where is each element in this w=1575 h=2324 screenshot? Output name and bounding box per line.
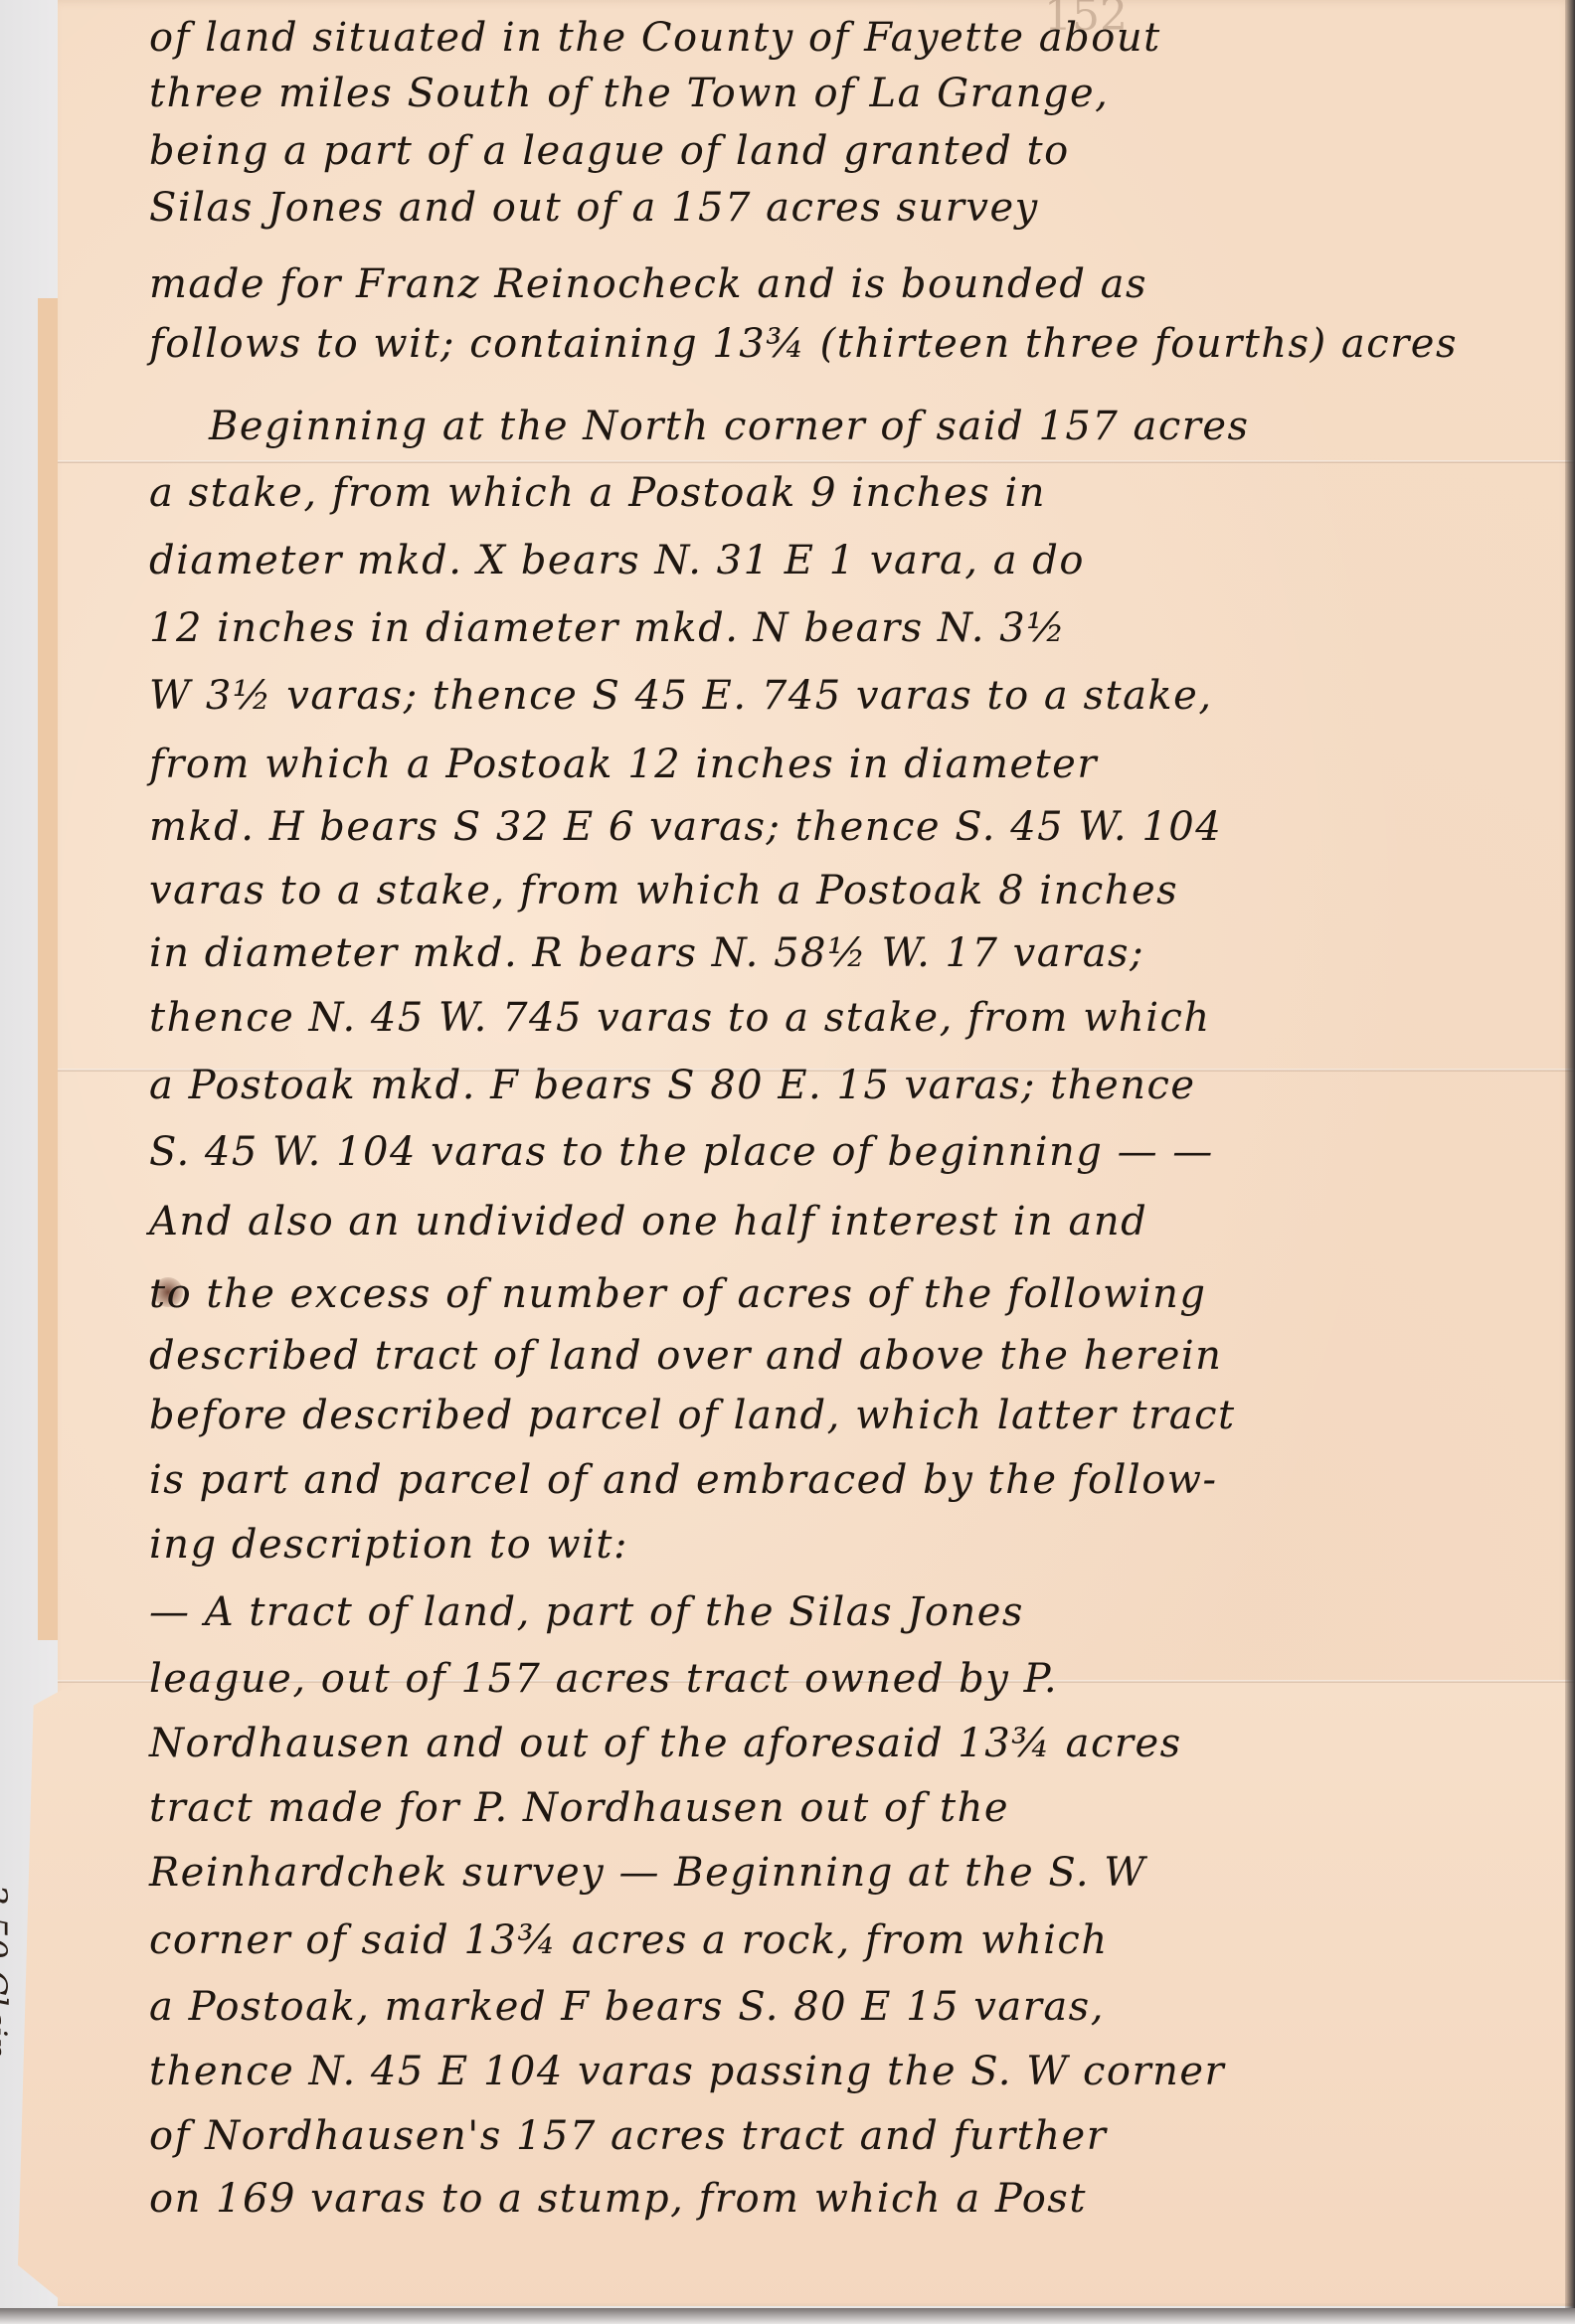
text-line: diameter mkd. X bears N. 31 E 1 vara, a … bbox=[149, 537, 1561, 584]
text-line: Reinhardchek survey — Beginning at the S… bbox=[149, 1849, 1561, 1897]
text-line: on 169 varas to a stump, from which a Po… bbox=[149, 2175, 1561, 2223]
text-line: Nordhausen and out of the aforesaid 13¾ … bbox=[149, 1720, 1561, 1767]
text-line: thence N. 45 W. 745 varas to a stake, fr… bbox=[149, 994, 1561, 1042]
text-line: Silas Jones and out of a 157 acres surve… bbox=[149, 184, 1561, 232]
text-line: in diameter mkd. R bears N. 58½ W. 17 va… bbox=[149, 929, 1561, 977]
text-line: three miles South of the Town of La Gran… bbox=[149, 70, 1561, 117]
text-line: league, out of 157 acres tract owned by … bbox=[149, 1655, 1561, 1703]
margin-note-vertical: 3 50 Clair bbox=[0, 1884, 14, 2054]
text-line: mkd. H bears S 32 E 6 varas; thence S. 4… bbox=[149, 803, 1561, 851]
text-line: S. 45 W. 104 varas to the place of begin… bbox=[149, 1128, 1561, 1176]
text-line: before described parcel of land, which l… bbox=[149, 1392, 1561, 1439]
text-line: — A tract of land, part of the Silas Jon… bbox=[149, 1588, 1561, 1636]
text-line: a stake, from which a Postoak 9 inches i… bbox=[149, 469, 1561, 517]
text-line: follows to wit; containing 13¾ (thirteen… bbox=[149, 320, 1561, 368]
text-line: 12 inches in diameter mkd. N bears N. 3½ bbox=[149, 604, 1561, 652]
text-line: being a part of a league of land granted… bbox=[149, 127, 1561, 175]
text-line: W 3½ varas; thence S 45 E. 745 varas to … bbox=[149, 672, 1561, 720]
text-line: from which a Postoak 12 inches in diamet… bbox=[149, 741, 1561, 788]
text-line: to the excess of number of acres of the … bbox=[149, 1270, 1561, 1318]
text-line: a Postoak, marked F bears S. 80 E 15 var… bbox=[149, 1983, 1561, 2031]
text-line: corner of said 13¾ acres a rock, from wh… bbox=[149, 1916, 1561, 1964]
text-line: And also an undivided one half interest … bbox=[149, 1198, 1561, 1245]
text-line: thence N. 45 E 104 varas passing the S. … bbox=[149, 2048, 1561, 2095]
text-line: described tract of land over and above t… bbox=[149, 1332, 1561, 1380]
handwritten-text-body: of land situated in the County of Fayett… bbox=[0, 0, 1575, 2324]
text-line: a Postoak mkd. F bears S 80 E. 15 varas;… bbox=[149, 1062, 1561, 1109]
text-line: ing description to wit: bbox=[149, 1521, 1561, 1569]
text-line: is part and parcel of and embraced by th… bbox=[149, 1456, 1561, 1504]
text-line: of land situated in the County of Fayett… bbox=[149, 14, 1561, 62]
text-line: of Nordhausen's 157 acres tract and furt… bbox=[149, 2112, 1561, 2160]
text-line: varas to a stake, from which a Postoak 8… bbox=[149, 867, 1561, 914]
text-line: Beginning at the North corner of said 15… bbox=[209, 403, 1575, 450]
text-line: tract made for P. Nordhausen out of the bbox=[149, 1784, 1561, 1832]
text-line: made for Franz Reinocheck and is bounded… bbox=[149, 260, 1561, 308]
